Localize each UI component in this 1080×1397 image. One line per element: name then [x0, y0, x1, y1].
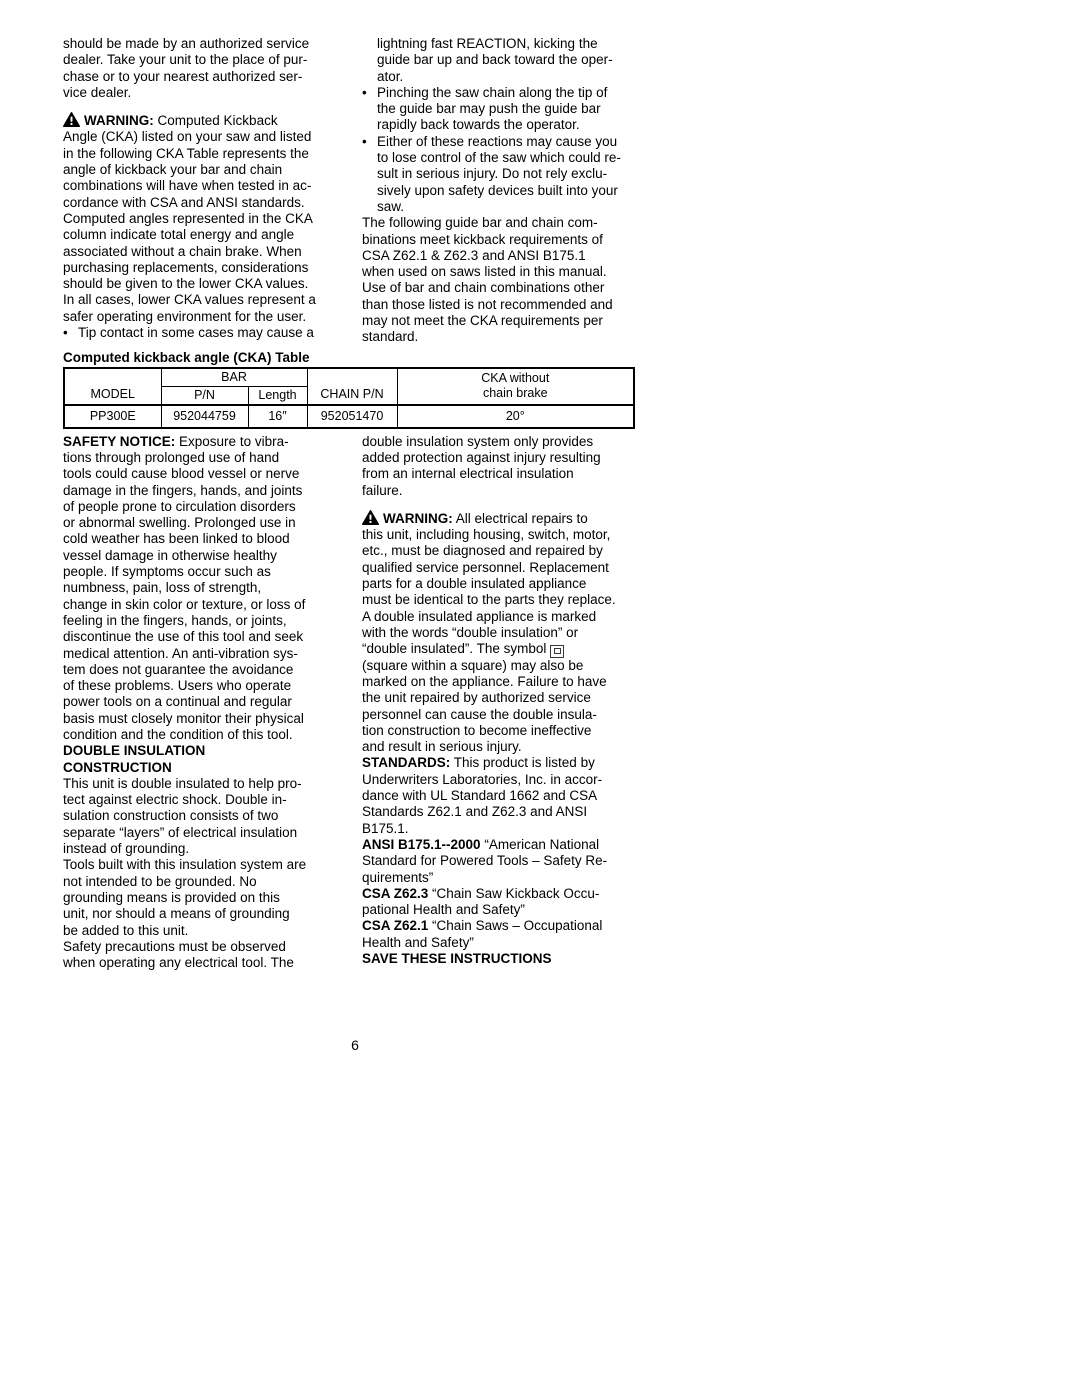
bullet-text: Either of these reactions may cause you …	[377, 134, 621, 214]
col-header-model: MODEL	[64, 368, 161, 405]
top-columns: should be made by an authorized service …	[63, 36, 647, 346]
bullet-marker: •	[362, 134, 377, 150]
table-row: PP300E 952044759 16″ 952051470 20°	[64, 405, 634, 428]
table-header-row: MODEL BAR CHAIN P/N CKA without chain br…	[64, 368, 634, 387]
ansi-label: ANSI B175.1--2000	[362, 837, 481, 852]
paragraph: double insulation system only provides a…	[362, 434, 647, 499]
paragraph: Safety precautions must be observed when…	[63, 939, 348, 972]
cell-bar-length: 16″	[248, 405, 307, 428]
cka-table-title: Computed kickback angle (CKA) Table	[63, 350, 647, 365]
col-header-cka: CKA without chain brake	[397, 368, 634, 405]
right-column-top: lightning fast REACTION, kicking the gui…	[362, 36, 647, 346]
warning-text: (square within a square) may also be mar…	[362, 658, 607, 754]
warning-label: WARNING:	[383, 511, 453, 526]
safety-notice-paragraph: SAFETY NOTICE: Exposure to vibra- tions …	[63, 434, 348, 744]
paragraph: Tools built with this insulation system …	[63, 857, 348, 938]
csa-z621-label: CSA Z62.1	[362, 918, 428, 933]
bullet-marker: •	[63, 325, 78, 341]
paragraph: should be made by an authorized service …	[63, 36, 348, 101]
bullet-item: •Either of these reactions may cause you…	[362, 134, 647, 215]
save-instructions-heading: SAVE THESE INSTRUCTIONS	[362, 951, 647, 967]
bullet-text: Pinching the saw chain along the tip of …	[377, 85, 607, 133]
ansi-paragraph: ANSI B175.1--2000 “American National Sta…	[362, 837, 647, 886]
warning-paragraph: WARNING: Computed Kickback Angle (CKA) l…	[63, 112, 348, 325]
safety-notice-label: SAFETY NOTICE:	[63, 434, 175, 449]
col-header-chain-pn: CHAIN P/N	[307, 368, 397, 405]
bullet-text: Tip contact in some cases may cause a	[78, 325, 314, 340]
cell-model: PP300E	[64, 405, 161, 428]
manual-page: should be made by an authorized service …	[0, 0, 1080, 1397]
paragraph: The following guide bar and chain com- b…	[362, 215, 647, 345]
double-insulation-square-icon	[550, 645, 564, 658]
warning-triangle-icon	[63, 112, 80, 129]
csa-z623-paragraph: CSA Z62.3 “Chain Saw Kickback Occu- pati…	[362, 886, 647, 919]
left-column-bottom: SAFETY NOTICE: Exposure to vibra- tions …	[63, 434, 348, 972]
col-header-bar-length: Length	[248, 386, 307, 405]
csa-z623-label: CSA Z62.3	[362, 886, 428, 901]
left-column-top: should be made by an authorized service …	[63, 36, 348, 346]
warning-text: All electrical repairs to this unit, inc…	[362, 511, 616, 656]
continuation-paragraph: lightning fast REACTION, kicking the gui…	[362, 36, 647, 85]
paragraph: This unit is double insulated to help pr…	[63, 776, 348, 857]
bullet-item: •Pinching the saw chain along the tip of…	[362, 85, 647, 134]
cell-chain-pn: 952051470	[307, 405, 397, 428]
double-insulation-heading: DOUBLE INSULATION CONSTRUCTION	[63, 743, 348, 776]
page-number: 6	[63, 1037, 647, 1053]
right-column-bottom: double insulation system only provides a…	[362, 434, 647, 972]
standards-label: STANDARDS:	[362, 755, 450, 770]
warning-paragraph: WARNING: All electrical repairs to this …	[362, 510, 647, 756]
safety-notice-text: Exposure to vibra- tions through prolong…	[63, 434, 305, 742]
cell-cka: 20°	[397, 405, 634, 428]
cka-table: MODEL BAR CHAIN P/N CKA without chain br…	[63, 367, 635, 429]
bullet-item: •Tip contact in some cases may cause a	[63, 325, 348, 341]
bullet-marker: •	[362, 85, 377, 101]
col-header-bar: BAR	[161, 368, 307, 387]
warning-text: Computed Kickback Angle (CKA) listed on …	[63, 113, 316, 324]
col-header-bar-pn: P/N	[161, 386, 248, 405]
warning-triangle-icon	[362, 510, 379, 527]
page-content: should be made by an authorized service …	[63, 36, 647, 971]
warning-label: WARNING:	[84, 113, 154, 128]
cell-bar-pn: 952044759	[161, 405, 248, 428]
standards-paragraph: STANDARDS: This product is listed by Und…	[362, 755, 647, 836]
csa-z621-paragraph: CSA Z62.1 “Chain Saws – Occupational Hea…	[362, 918, 647, 951]
bottom-columns: SAFETY NOTICE: Exposure to vibra- tions …	[63, 434, 647, 972]
